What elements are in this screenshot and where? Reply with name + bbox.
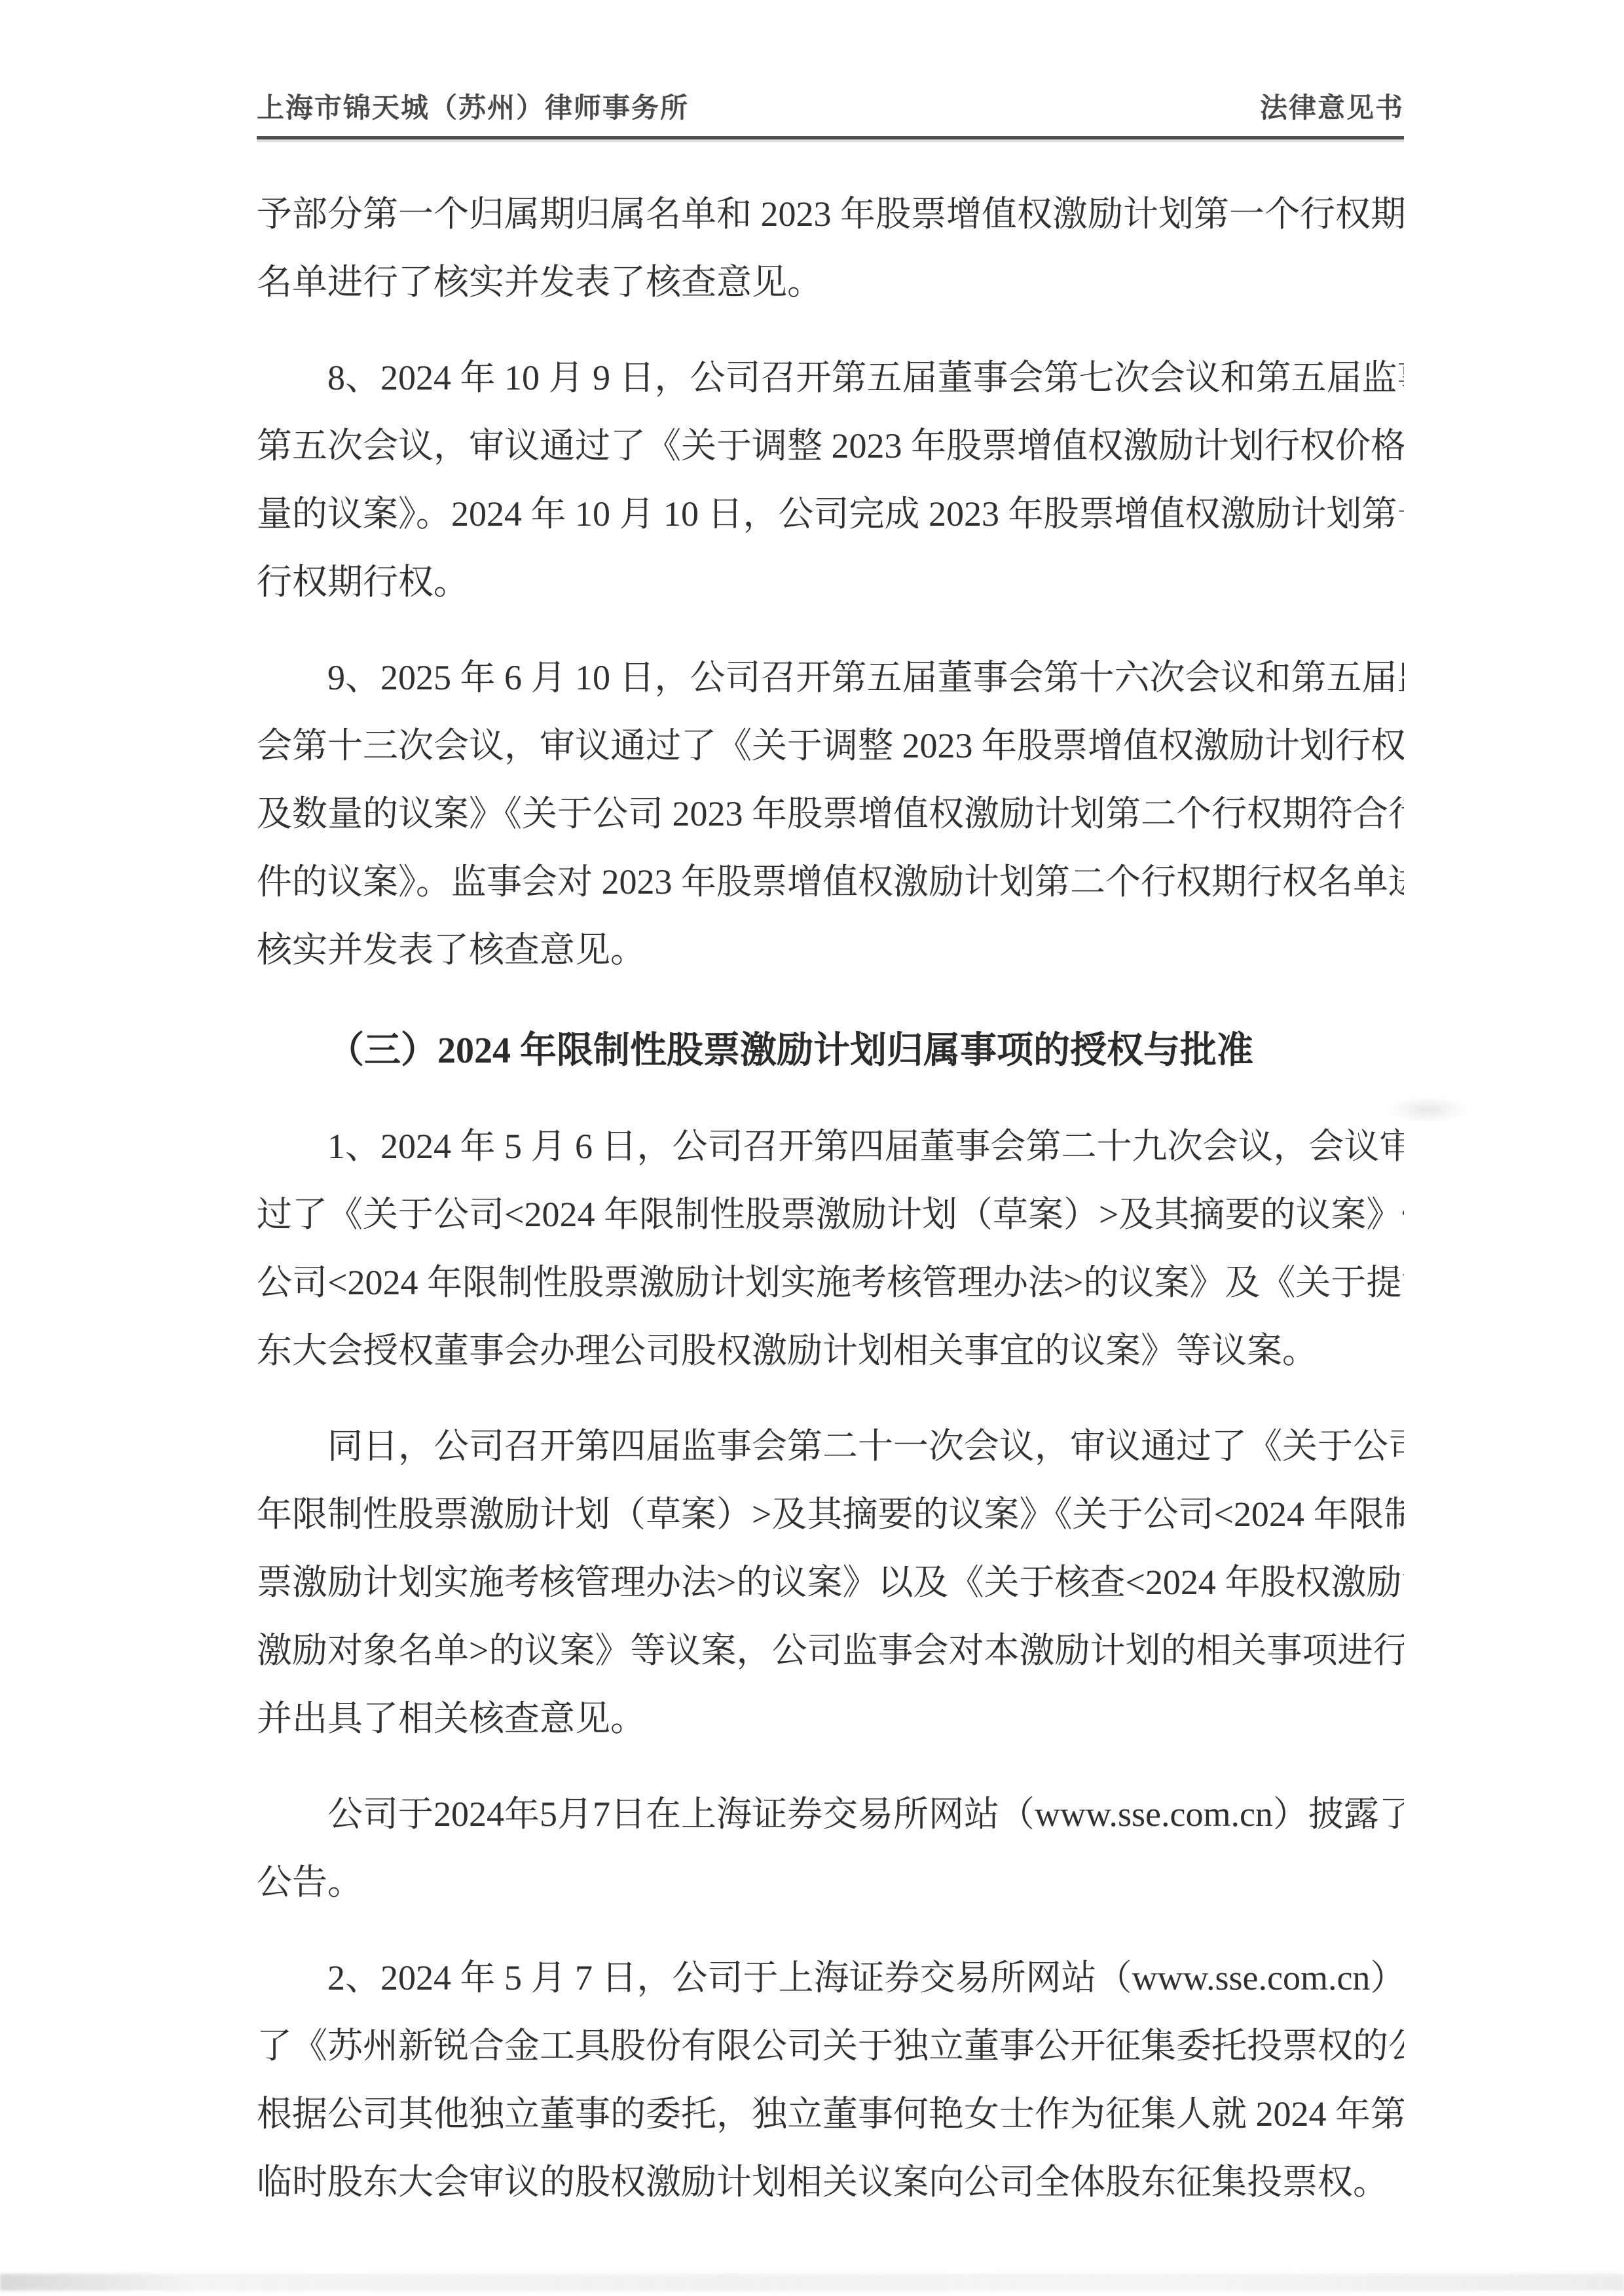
paragraph: 8、2024 年 10 月 9 日，公司召开第五届董事会第七次会议和第五届监事会…: [257, 344, 1404, 616]
text-line: 同日，公司召开第四届监事会第二十一次会议，审议通过了《关于公司<2024: [257, 1412, 1404, 1480]
text-line: 件的议案》。监事会对 2023 年股票增值权激励计划第二个行权期行权名单进行了: [257, 848, 1404, 916]
text-line: 公司<2024 年限制性股票激励计划实施考核管理办法>的议案》及《关于提请股: [257, 1248, 1404, 1317]
text-line: 会第十三次会议，审议通过了《关于调整 2023 年股票增值权激励计划行权价格: [257, 712, 1404, 780]
text-line: 第五次会议，审议通过了《关于调整 2023 年股票增值权激励计划行权价格及数: [257, 412, 1404, 480]
text-line: 临时股东大会审议的股权激励计划相关议案向公司全体股东征集投票权。: [257, 2148, 1404, 2216]
text-line: 根据公司其他独立董事的委托，独立董事何艳女士作为征集人就 2024 年第二次: [257, 2080, 1404, 2148]
header-law-firm-name: 上海市锦天城（苏州）律师事务所: [257, 86, 689, 126]
text-line: 过了《关于公司<2024 年限制性股票激励计划（草案）>及其摘要的议案》《关于: [257, 1180, 1404, 1248]
page: 上海市锦天城（苏州）律师事务所 法律意见书 予部分第一个归属期归属名单和 202…: [0, 0, 1624, 2296]
text-line: 并出具了相关核查意见。: [257, 1685, 1404, 1753]
scan-artifact: [1388, 1097, 1467, 1123]
text-line: 年限制性股票激励计划（草案）>及其摘要的议案》《关于公司<2024 年限制性股: [257, 1480, 1404, 1548]
paragraph: 公司于2024年5月7日在上海证券交易所网站（www.sse.com.cn）披露…: [257, 1780, 1404, 1916]
text-line: （三）2024 年限制性股票激励计划归属事项的授权与批准: [257, 1017, 1404, 1085]
text-line: 2、2024 年 5 月 7 日，公司于上海证券交易所网站（www.sse.co…: [257, 1944, 1404, 2012]
text-line: 票激励计划实施考核管理办法>的议案》以及《关于核查<2024 年股权激励计划: [257, 1548, 1404, 1616]
text-line: 8、2024 年 10 月 9 日，公司召开第五届董事会第七次会议和第五届监事会: [257, 344, 1404, 412]
text-line: 核实并发表了核查意见。: [257, 916, 1404, 984]
text-line: 予部分第一个归属期归属名单和 2023 年股票增值权激励计划第一个行权期行权: [257, 180, 1404, 248]
text-line: 量的议案》。2024 年 10 月 10 日，公司完成 2023 年股票增值权激…: [257, 480, 1404, 548]
page-header: 上海市锦天城（苏州）律师事务所 法律意见书: [257, 86, 1404, 139]
text-line: 公告。: [257, 1848, 1404, 1916]
paragraph: 2、2024 年 5 月 7 日，公司于上海证券交易所网站（www.sse.co…: [257, 1944, 1404, 2216]
page-content: 上海市锦天城（苏州）律师事务所 法律意见书 予部分第一个归属期归属名单和 202…: [257, 86, 1404, 2216]
text-line: 9、2025 年 6 月 10 日，公司召开第五届董事会第十六次会议和第五届监事: [257, 644, 1404, 712]
text-line: 公司于2024年5月7日在上海证券交易所网站（www.sse.com.cn）披露…: [257, 1780, 1404, 1848]
paragraph: 1、2024 年 5 月 6 日，公司召开第四届董事会第二十九次会议，会议审议通…: [257, 1112, 1404, 1385]
document-body: 予部分第一个归属期归属名单和 2023 年股票增值权激励计划第一个行权期行权名单…: [257, 180, 1404, 2216]
paragraph: 9、2025 年 6 月 10 日，公司召开第五届董事会第十六次会议和第五届监事…: [257, 644, 1404, 984]
text-line: 及数量的议案》《关于公司 2023 年股票增值权激励计划第二个行权期符合行权条: [257, 780, 1404, 848]
text-line: 1、2024 年 5 月 6 日，公司召开第四届董事会第二十九次会议，会议审议通: [257, 1112, 1404, 1180]
text-line: 名单进行了核实并发表了核查意见。: [257, 248, 1404, 316]
paragraph: 同日，公司召开第四届监事会第二十一次会议，审议通过了《关于公司<2024年限制性…: [257, 1412, 1404, 1753]
text-line: 了《苏州新锐合金工具股份有限公司关于独立董事公开征集委托投票权的公告》，: [257, 2012, 1404, 2080]
header-doc-title: 法律意见书: [1260, 86, 1404, 126]
text-line: 行权期行权。: [257, 548, 1404, 616]
page-bottom-shadow: [0, 2274, 1624, 2291]
section-heading: （三）2024 年限制性股票激励计划归属事项的授权与批准: [257, 1017, 1404, 1085]
text-line: 激励对象名单>的议案》等议案，公司监事会对本激励计划的相关事项进行核实: [257, 1616, 1404, 1685]
text-line: 东大会授权董事会办理公司股权激励计划相关事宜的议案》等议案。: [257, 1317, 1404, 1385]
paragraph: 予部分第一个归属期归属名单和 2023 年股票增值权激励计划第一个行权期行权名单…: [257, 180, 1404, 316]
